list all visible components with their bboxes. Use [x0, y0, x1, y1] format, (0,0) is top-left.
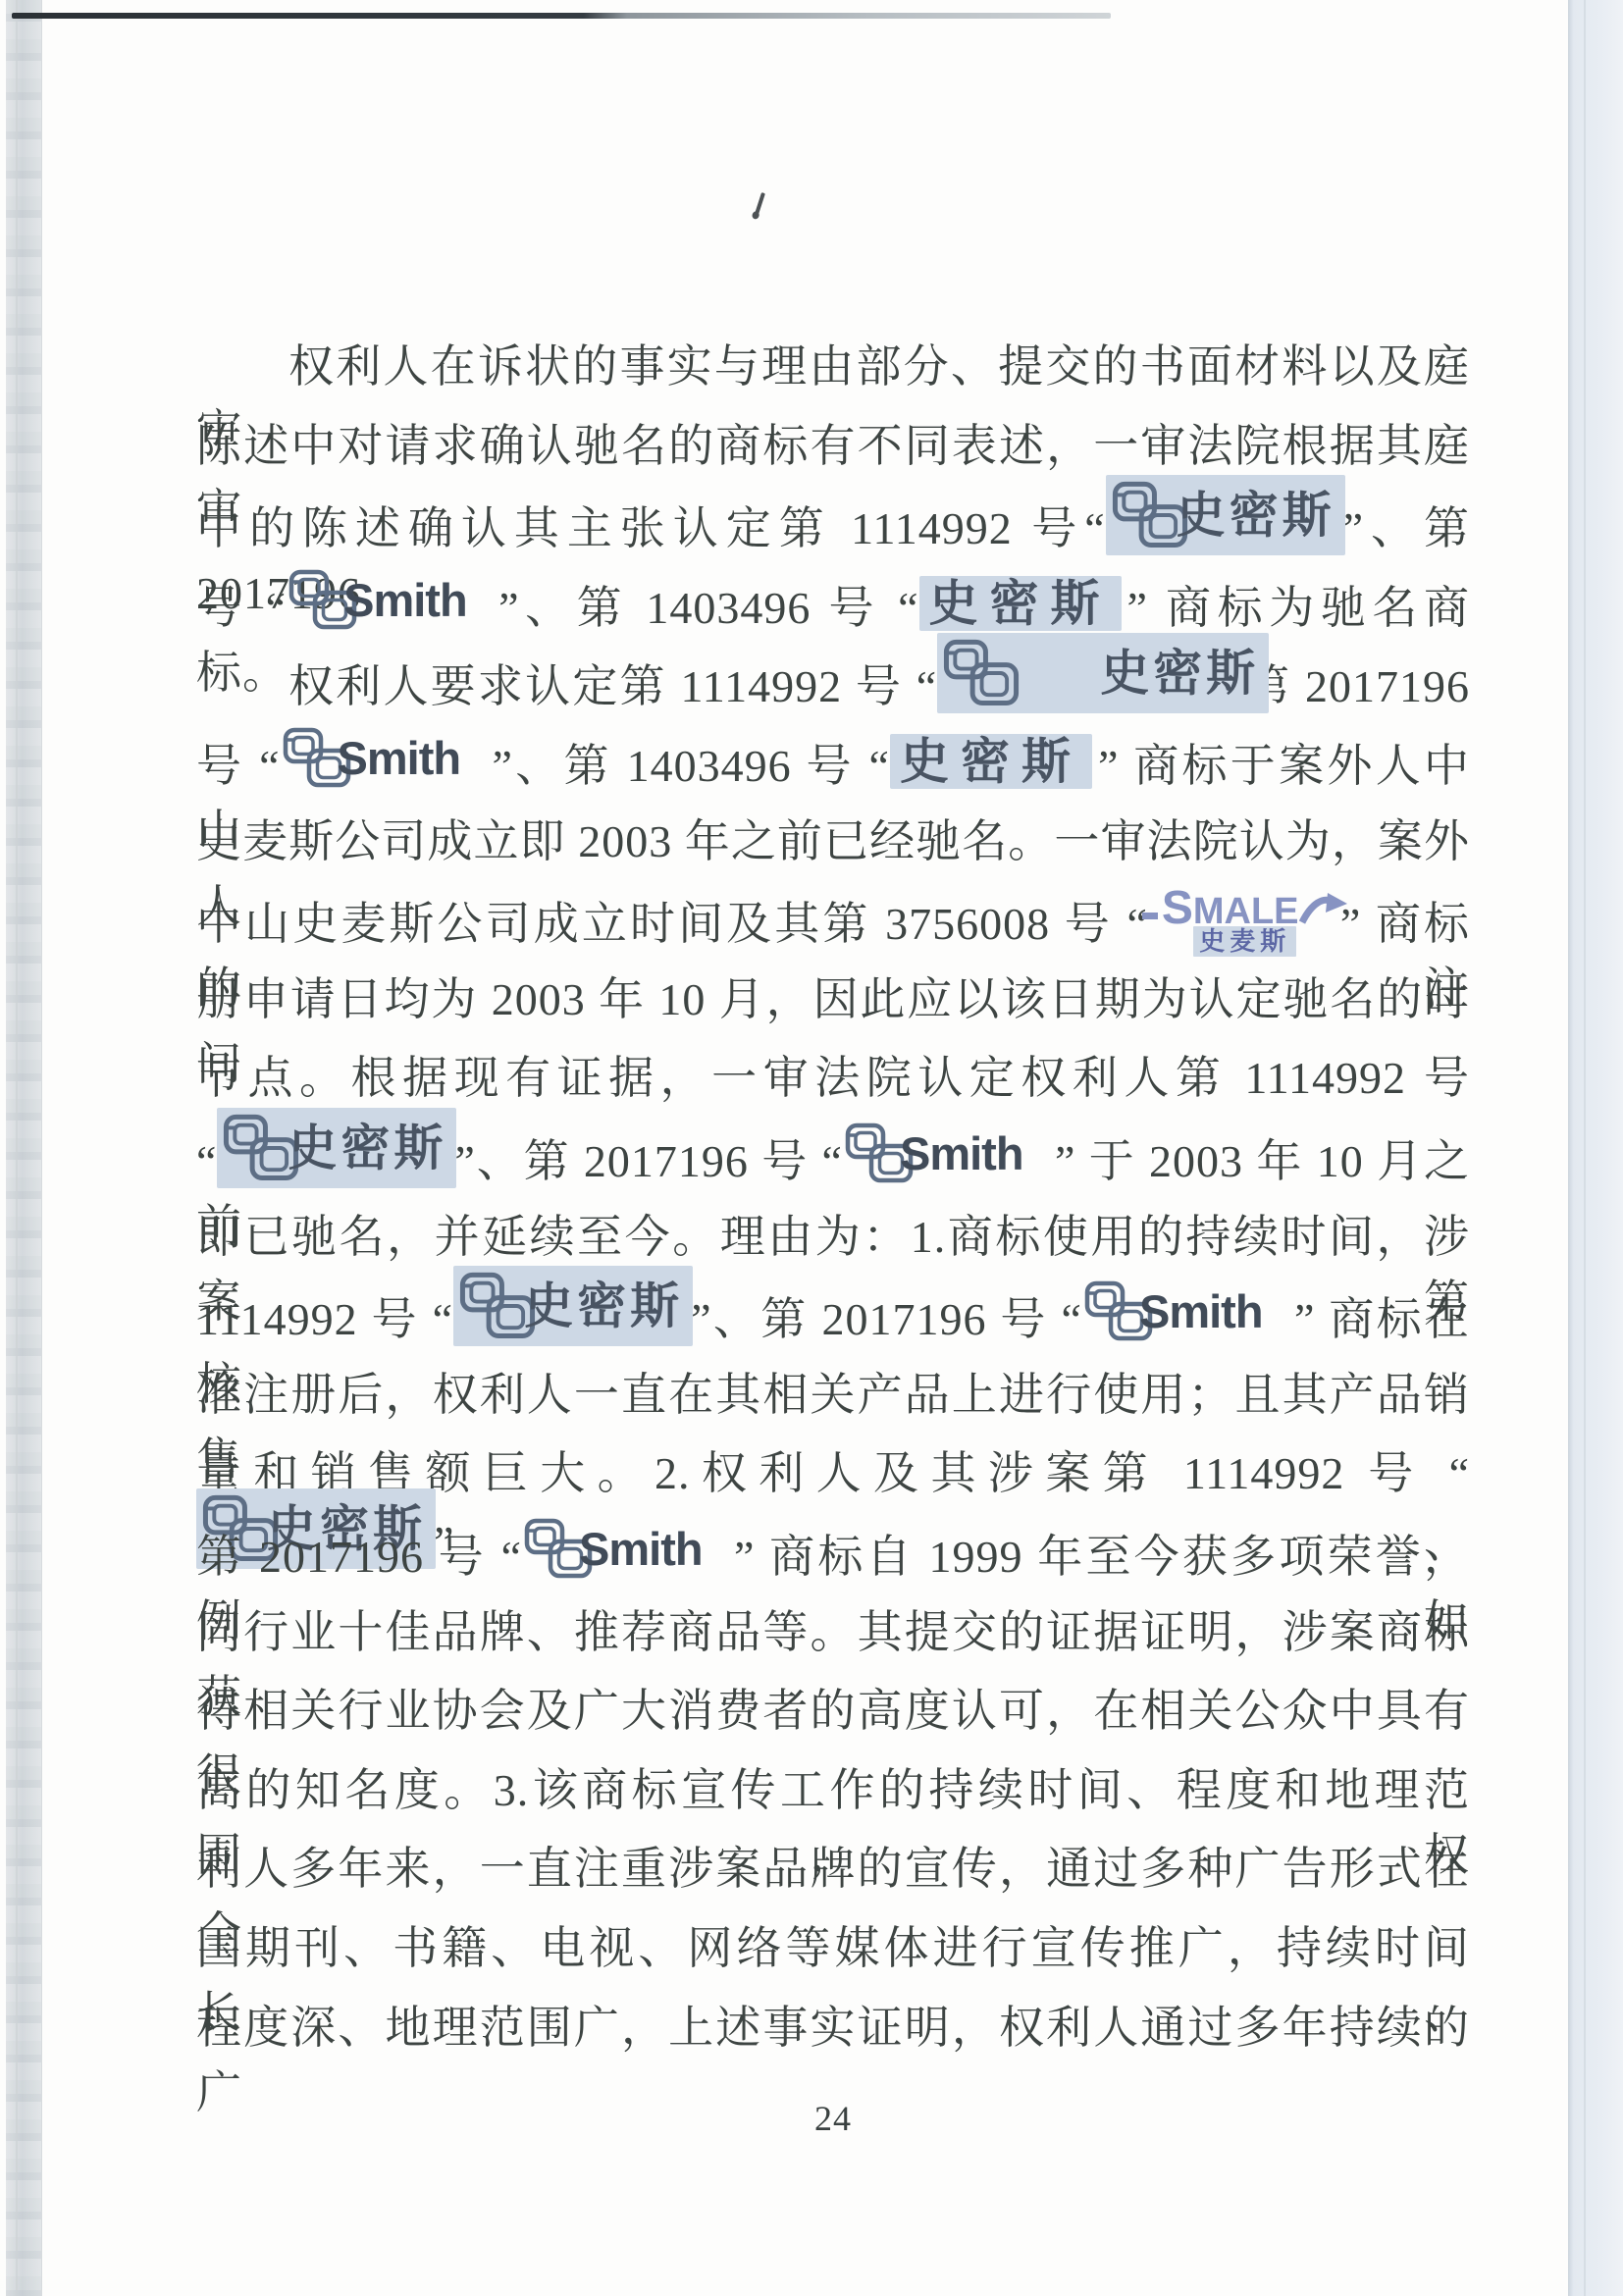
text-line: 中山史麦斯公司成立时间及其第 3756008 号 “SMALE史麦斯” 商标的注 — [196, 888, 1470, 959]
trademark-logo-aosmith-cn: 史密斯 — [217, 1125, 454, 1176]
text-line: 高的知名度。3.该商标宣传工作的持续时间、程度和地理范围，权 — [196, 1758, 1470, 1829]
trademark-text-shimisi: 史密斯 — [1177, 491, 1335, 540]
text-run: 第 2017196 号 “ — [196, 1532, 522, 1582]
trademark-inner: 史密斯 — [217, 1108, 456, 1188]
trademark-logo-aosmith-en: Smith — [522, 1521, 734, 1572]
text-run: 号 “ — [196, 583, 287, 633]
trademark-logo-smales: SMALE史麦斯 — [1148, 888, 1340, 939]
right-scan-band — [1568, 0, 1623, 2296]
trademark-logo-aosmith-cn: 史密斯 — [453, 1283, 691, 1334]
trademark-inner: Smith — [522, 1516, 705, 1582]
smales-dash-icon — [1142, 913, 1158, 919]
trademark-inner: SMALE史麦斯 — [1142, 885, 1348, 957]
trademark-text-shimisi: 史密斯 — [288, 1123, 446, 1173]
trademark-inner: Smith — [281, 725, 463, 791]
text-run: 号 “ — [196, 741, 281, 791]
trademark-inner: 史密斯 — [453, 1266, 693, 1346]
text-line: 量和销售额巨大。2.权利人及其涉案第 1114992 号 “史密斯”、 — [196, 1441, 1470, 1512]
text-line: 同行业十佳品牌、推荐商品等。其提交的证据证明，涉案商标获 — [196, 1600, 1470, 1671]
trademark-logo-shimisi-text: 史密斯 — [890, 730, 1098, 781]
text-line: 号 “Smith”、第 1403496 号 “史密斯” 商标为驰名商标。 — [196, 572, 1470, 643]
trademark-text-smith: Smith — [900, 1130, 1023, 1176]
text-line: 权利人在诉状的事实与理由部分、提交的书面材料以及庭审 — [196, 335, 1470, 405]
text-run: ”、第 1403496 号 “ — [498, 583, 918, 633]
text-run: 中的陈述确认其主张认定第 1114992 号“ — [196, 503, 1106, 553]
smales-arrow-icon — [1299, 890, 1348, 927]
trademark-inner: 史密斯 — [919, 576, 1122, 631]
trademark-inner: 史密斯 — [890, 734, 1092, 789]
text-run: 节点。根据现有证据，一审法院认定权利人第 1114992 号 — [196, 1053, 1470, 1103]
text-line: 准注册后，权利人一直在其相关产品上进行使用；且其产品销售 — [196, 1363, 1470, 1434]
text-run: ”、第 2017196 号 “ — [454, 1136, 843, 1186]
document-text-block: 权利人在诉状的事实与理由部分、提交的书面材料以及庭审陈述中对请求确认驰名的商标有… — [196, 0, 1470, 2296]
trademark-logo-aosmith-en: Smith — [843, 1125, 1055, 1176]
trademark-inner: Smith — [843, 1121, 1025, 1186]
trademark-text-smith: Smith — [343, 577, 467, 623]
text-run: ”、第 1403496 号 “ — [493, 741, 890, 791]
trademark-text-smith: Smith — [338, 735, 461, 781]
smales-subtext: 史麦斯 — [1193, 926, 1296, 957]
trademark-logo-aosmith-en: Smith — [1082, 1283, 1294, 1334]
text-line: 1114992 号 “史密斯”、第 2017196 号 “Smith” 商标在核 — [196, 1283, 1470, 1354]
trademark-text-shimisi: 史密斯 — [900, 737, 1082, 786]
text-line: 册申请日均为 2003 年 10 月，因此应以该日期为认定驰名的时间 — [196, 967, 1470, 1038]
trademark-text-shimisi: 史密斯 — [524, 1281, 683, 1331]
trademark-text-smith: Smith — [1139, 1288, 1263, 1334]
trademark-text-smith: Smith — [579, 1526, 703, 1572]
trademark-logo-aosmith-cn: 史密斯 — [1106, 493, 1343, 544]
trademark-logo-aosmith-cn: 史密斯 — [937, 651, 1175, 702]
trademark-inner: Smith — [287, 567, 469, 633]
text-line: 即已驰名，并延续至今。理由为：1.商标使用的持续时间，涉案第 — [196, 1205, 1470, 1276]
text-line: 史麦斯公司成立即 2003 年之前已经驰名。一审法院认为，案外人 — [196, 809, 1470, 880]
trademark-inner: Smith — [1082, 1278, 1265, 1344]
trademark-inner: 史密斯 — [1106, 475, 1345, 555]
trademark-text-shimisi: 史密斯 — [1008, 649, 1259, 698]
text-run: 权利人要求认定第 1114992 号 “ — [288, 661, 937, 711]
text-line: 权利人要求认定第 1114992 号 “史密斯”、第 2017196 — [196, 651, 1470, 721]
text-run: ”、第 2017196 号 “ — [691, 1294, 1082, 1344]
trademark-logo-aosmith-en: Smith — [287, 572, 498, 623]
smales-wordmark: SMALE — [1142, 885, 1348, 932]
trademark-text-shimisi: 史密斯 — [929, 579, 1112, 628]
text-line: 利人多年来，一直注重涉案品牌的宣传，通过多种广告形式在全 — [196, 1837, 1470, 1907]
trademark-inner: 史密斯 — [937, 633, 1269, 713]
text-run: 1114992 号 “ — [196, 1294, 453, 1344]
text-line: 号 “Smith”、第 1403496 号 “史密斯” 商标于案外人中山 — [196, 730, 1470, 801]
text-run: 中山史麦斯公司成立时间及其第 3756008 号 “ — [196, 899, 1148, 949]
text-line: 国期刊、书籍、电视、网络等媒体进行宣传推广，持续时间长、 — [196, 1916, 1470, 1987]
text-line: “史密斯”、第 2017196 号 “Smith” 于 2003 年 10 月之… — [196, 1125, 1470, 1196]
scanned-page: 权利人在诉状的事实与理由部分、提交的书面材料以及庭审陈述中对请求确认驰名的商标有… — [0, 0, 1623, 2296]
page-number: 24 — [196, 2098, 1470, 2147]
text-line: 节点。根据现有证据，一审法院认定权利人第 1114992 号 — [196, 1046, 1470, 1117]
text-line: 中的陈述确认其主张认定第 1114992 号“史密斯”、第 2017196 — [196, 493, 1470, 563]
text-run: “ — [196, 1136, 217, 1186]
binding-edge-artifact — [6, 0, 42, 2296]
text-line: 第 2017196 号 “Smith” 商标自 1999 年至今获多项荣誉，例如 — [196, 1521, 1470, 1592]
trademark-logo-aosmith-en: Smith — [281, 730, 493, 781]
text-line: 得相关行业协会及广大消费者的高度认可，在相关公众中具有很 — [196, 1679, 1470, 1749]
text-line: 程度深、地理范围广，上述事实证明，权利人通过多年持续的广 — [196, 1996, 1470, 2066]
trademark-logo-shimisi-text: 史密斯 — [919, 572, 1127, 623]
